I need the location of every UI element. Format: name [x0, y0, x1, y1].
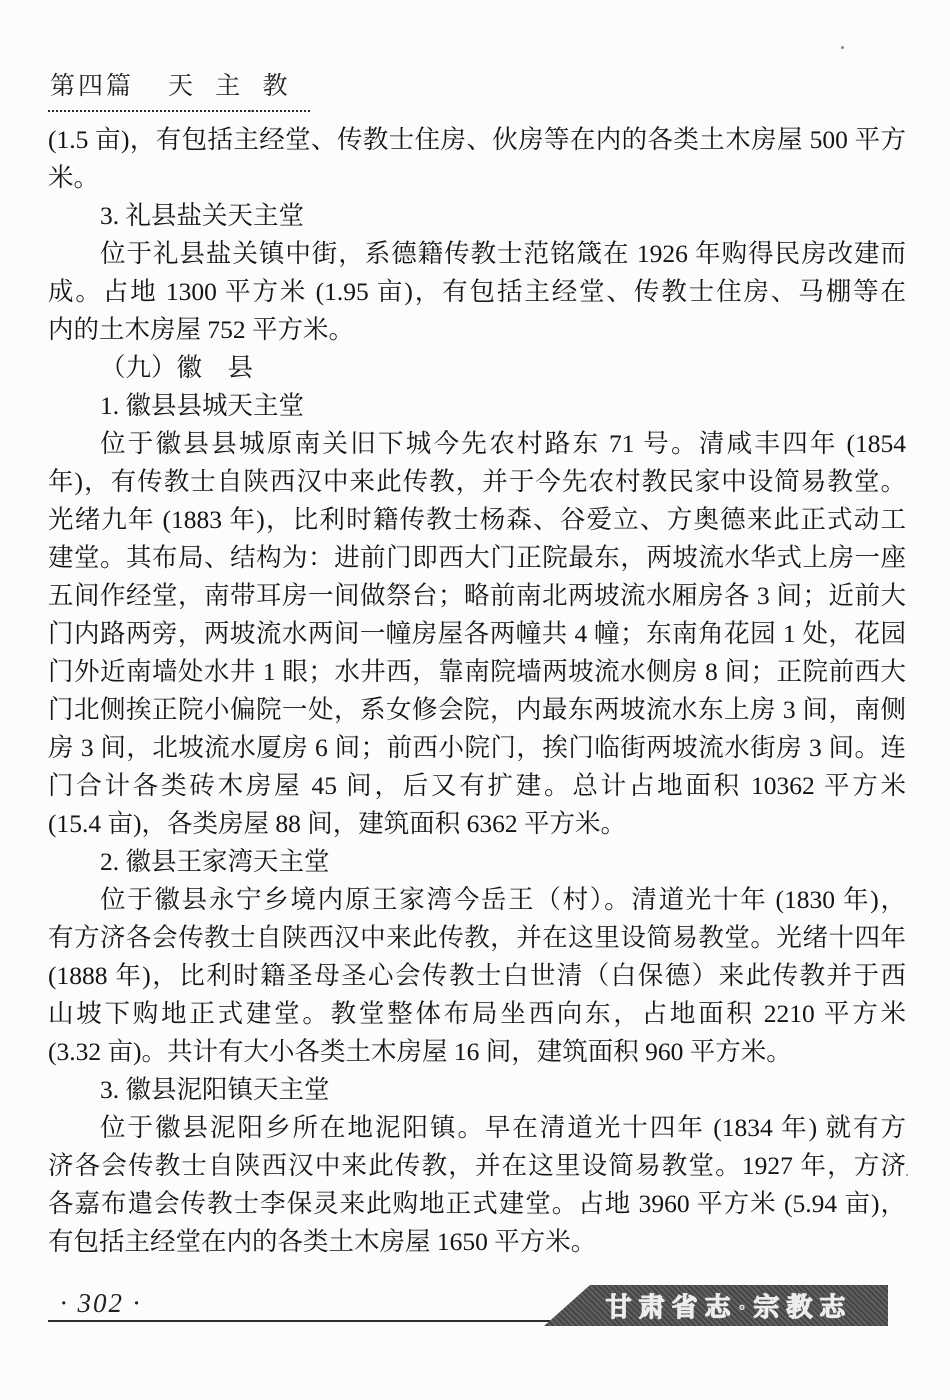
- text-line: 门北侧挨正院小偏院一处，系女修会院，内最东两坡流水东上房 3 间，南侧: [48, 691, 906, 729]
- scan-speck: [841, 46, 844, 49]
- body-text: (1.5 亩)，有包括主经堂、传教士住房、伙房等在内的各类土木房屋 500 平方…: [48, 121, 906, 1261]
- book-title: 甘肃省志·宗教志: [580, 1287, 853, 1324]
- page-number: · 302 ·: [60, 1288, 142, 1319]
- section-title: 天 主 教: [168, 73, 296, 100]
- text-line: 位于徽县泥阳乡所在地泥阳镇。早在清道光十四年 (1834 年) 就有方: [48, 1109, 906, 1147]
- text-line: 1. 徽县县城天主堂: [48, 387, 906, 425]
- text-line: 门合计各类砖木房屋 45 间，后又有扩建。总计占地面积 10362 平方米: [48, 767, 906, 805]
- text-line: (3.32 亩)。共计有大小各类土木房屋 16 间，建筑面积 960 平方米。: [48, 1033, 906, 1071]
- text-line: 位于徽县永宁乡境内原王家湾今岳王（村）。清道光十年 (1830 年)，: [48, 881, 906, 919]
- text-line: 门外近南墙处水井 1 眼；水井西，靠南院墙两坡流水侧房 8 间；正院前西大: [48, 653, 906, 691]
- text-line: （九）徽 县: [48, 349, 906, 387]
- scan-speck: [906, 1174, 908, 1176]
- text-line: 五间作经堂，南带耳房一间做祭台；略前南北两坡流水厢房各 3 间；近前大: [48, 577, 906, 615]
- scan-speck: [640, 604, 642, 606]
- text-line: (1888 年)，比利时籍圣母圣心会传教士白世清（白保德）来此传教并于西: [48, 957, 906, 995]
- scan-speck: [250, 110, 252, 112]
- text-line: 位于徽县县城原南关旧下城今先农村路东 71 号。清咸丰四年 (1854: [48, 425, 906, 463]
- text-line: 位于礼县盐关镇中街，系德籍传教士范铭箴在 1926 年购得民房改建而: [48, 235, 906, 273]
- section-number: 第四篇: [50, 73, 134, 100]
- text-line: 有包括主经堂在内的各类土木房屋 1650 平方米。: [48, 1223, 906, 1261]
- text-line: 2. 徽县王家湾天主堂: [48, 843, 906, 881]
- text-line: 有方济各会传教士自陕西汉中来此传教，并在这里设简易教堂。光绪十四年: [48, 919, 906, 957]
- footer-divider: [48, 1320, 550, 1322]
- text-line: 3. 徽县泥阳镇天主堂: [48, 1071, 906, 1109]
- text-line: 山坡下购地正式建堂。教堂整体布局坐西向东，占地面积 2210 平方米: [48, 995, 906, 1033]
- text-line: 年)，有传教士自陕西汉中来此传教，并于今先农村教民家中设简易教堂。: [48, 463, 906, 501]
- text-line: 成。占地 1300 平方米 (1.95 亩)，有包括主经堂、传教士住房、马棚等在: [48, 273, 906, 311]
- text-line: (1.5 亩)，有包括主经堂、传教士住房、伙房等在内的各类土木房屋 500 平方: [48, 121, 906, 159]
- text-line: 光绪九年 (1883 年)，比利时籍传教士杨森、谷爱立、方奥德来此正式动工: [48, 501, 906, 539]
- text-line: 门内路两旁，两坡流水两间一幢房屋各两幢共 4 幢；东南角花园 1 处，花园: [48, 615, 906, 653]
- text-line: 各嘉布遣会传教士李保灵来此购地正式建堂。占地 3960 平方米 (5.94 亩)…: [48, 1185, 906, 1223]
- book-title-banner: 甘肃省志·宗教志: [544, 1285, 888, 1326]
- text-line: 米。: [48, 159, 906, 197]
- text-line: 内的土木房屋 752 平方米。: [48, 311, 906, 349]
- text-line: 房 3 间，北坡流水厦房 6 间；前西小院门，挨门临街两坡流水街房 3 间。连: [48, 729, 906, 767]
- text-line: 济各会传教士自陕西汉中来此传教，并在这里设简易教堂。1927 年，方济: [48, 1147, 906, 1185]
- text-line: (15.4 亩)，各类房屋 88 间，建筑面积 6362 平方米。: [48, 805, 906, 843]
- text-line: 3. 礼县盐关天主堂: [48, 197, 906, 235]
- text-line: 建堂。其布局、结构为：进前门即西大门正院最东，两坡流水华式上房一座: [48, 539, 906, 577]
- running-head: 第四篇天 主 教: [48, 66, 310, 112]
